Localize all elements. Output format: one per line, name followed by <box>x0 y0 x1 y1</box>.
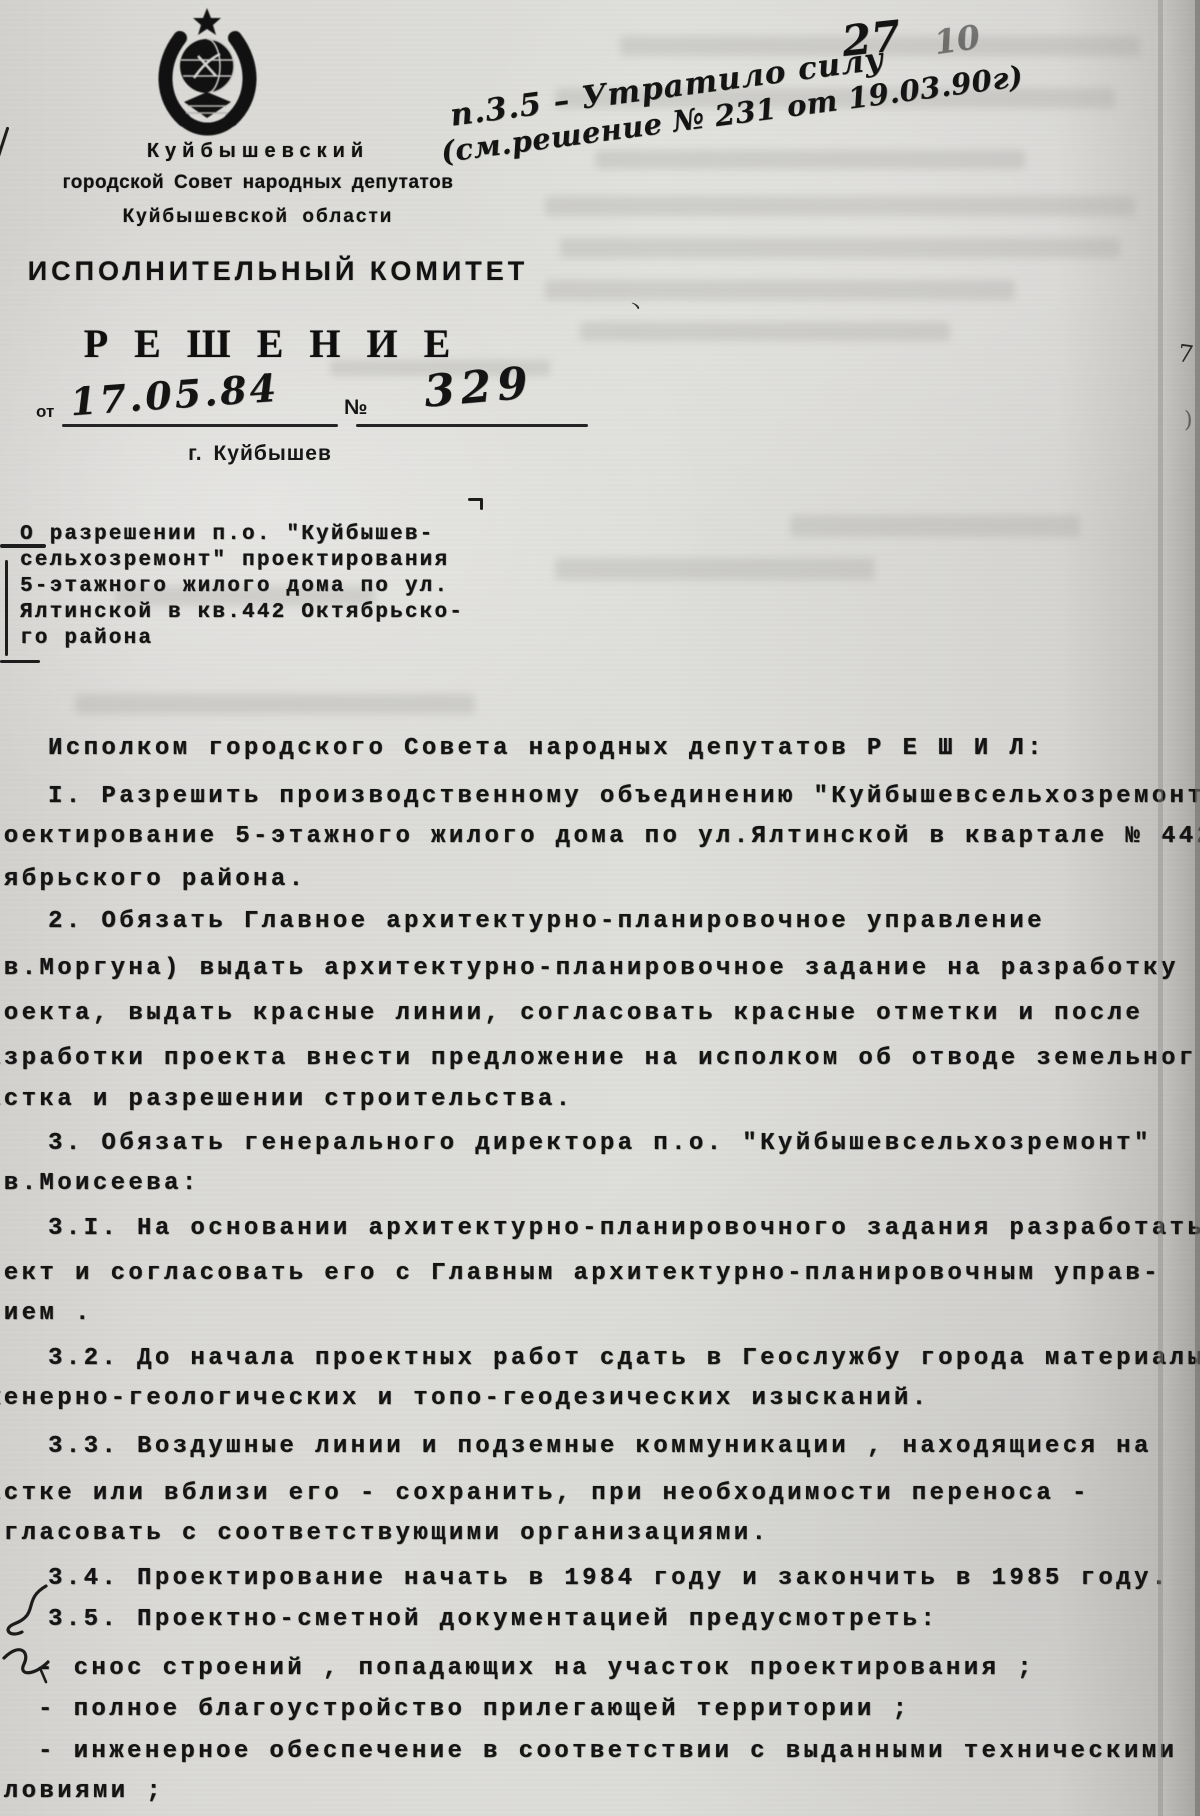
body-line: Исполком городского Совета народных депу… <box>0 737 1045 761</box>
org-name-line2: городской Совет народных депутатов <box>28 172 488 194</box>
bleed-through-line <box>75 694 475 714</box>
number-prefix-label: № <box>344 396 367 420</box>
body-line: астка и разрешении строительства. <box>0 1088 573 1112</box>
body-line: азработки проекта внести предложение на … <box>0 1047 1197 1071</box>
handwritten-number: 329 <box>422 357 536 417</box>
body-line: тябрьского района. <box>0 868 306 892</box>
body-line: 2. Обязать Главное архитектурно-планиров… <box>0 910 1045 934</box>
scan-mark <box>0 127 9 168</box>
body-line: оект и согласовать его с Главным архитек… <box>0 1262 1161 1286</box>
body-line: 3. Обязать генерального директора п.о. "… <box>0 1132 1152 1156</box>
number-underline <box>356 424 588 427</box>
scan-mark <box>5 560 8 656</box>
bleed-through-line <box>595 150 1025 169</box>
body-line: огласовать с соответствующими организаци… <box>0 1522 769 1546</box>
bleed-through-line <box>560 238 1120 258</box>
body-line: 3.5. Проектно-сметной документацией пред… <box>0 1608 938 1632</box>
body-line: ов.Моисеева: <box>0 1172 200 1196</box>
subject-line: О разрешении п.о. "Куйбышев- <box>20 522 464 548</box>
body-line: - снос строений , попадающих на участок … <box>0 1657 1035 1681</box>
scanned-document-page: Куйбышевский городской Совет народных де… <box>0 0 1200 1816</box>
pen-tick: 7 <box>1176 339 1195 369</box>
body-line: 3.2. До начала проектных работ сдать в Г… <box>0 1347 1200 1371</box>
date-underline <box>62 424 338 427</box>
bleed-through-line <box>580 322 950 341</box>
scan-band <box>1158 0 1163 1816</box>
body-line: 3.I. На основании архитектурно-планирово… <box>0 1217 1200 1241</box>
date-prefix-label: от <box>36 402 54 422</box>
subject-line: го района <box>20 626 464 652</box>
body-line: роекта, выдать красные линии, согласоват… <box>0 1002 1143 1026</box>
body-line: нием . <box>0 1302 93 1326</box>
coat-of-arms-icon <box>150 6 265 138</box>
bleed-through-line <box>545 280 1015 300</box>
body-line: - полное благоустройство прилегающей тер… <box>0 1698 910 1722</box>
scan-mark <box>480 498 483 510</box>
body-line: астке или вблизи его - сохранить, при не… <box>0 1482 1090 1506</box>
scan-mark <box>0 660 40 663</box>
body-line: - инженерное обеспечение в соответствии … <box>0 1740 1177 1764</box>
subject-line: 5-этажного жилого дома по ул. <box>20 574 464 600</box>
pen-tick: ) <box>1184 408 1193 433</box>
scan-edge <box>1195 0 1200 1816</box>
bleed-through-line <box>545 196 1135 216</box>
scan-mark <box>0 544 46 548</box>
org-name-line3: Куйбышевской области <box>28 206 488 228</box>
document-type-title: РЕШЕНИЕ <box>80 320 480 367</box>
handwritten-date: 17.05.84 <box>69 365 281 424</box>
subject-line: Ялтинской в кв.442 Октябрьско- <box>20 600 464 626</box>
bleed-through-line <box>790 515 1080 537</box>
body-line: ов.Моргуна) выдать архитектурно-планиров… <box>0 957 1179 981</box>
city-label: г. Куйбышев <box>60 442 460 466</box>
handwritten-margin-squiggle <box>0 1580 60 1690</box>
committee-title: ИСПОЛНИТЕЛЬНЫЙ КОМИТЕТ <box>18 256 538 287</box>
subject-line: сельхозремонт" проектирования <box>20 548 464 574</box>
body-line: 3.3. Воздушные линии и подземные коммуни… <box>0 1435 1152 1459</box>
body-line: I. Разрешить производственному объединен… <box>0 785 1200 809</box>
body-line: 3.4. Проектирование начать в 1984 году и… <box>0 1567 1170 1591</box>
subject-block: О разрешении п.о. "Куйбышев-сельхозремон… <box>20 522 464 652</box>
org-name-line1: Куйбышевский <box>28 140 488 163</box>
bleed-through-line <box>555 558 875 580</box>
body-line: роектирование 5-этажного жилого дома по … <box>0 825 1200 849</box>
body-line: словиями ; <box>0 1780 164 1804</box>
body-line: женерно-геологических и топо-геодезическ… <box>0 1387 930 1411</box>
